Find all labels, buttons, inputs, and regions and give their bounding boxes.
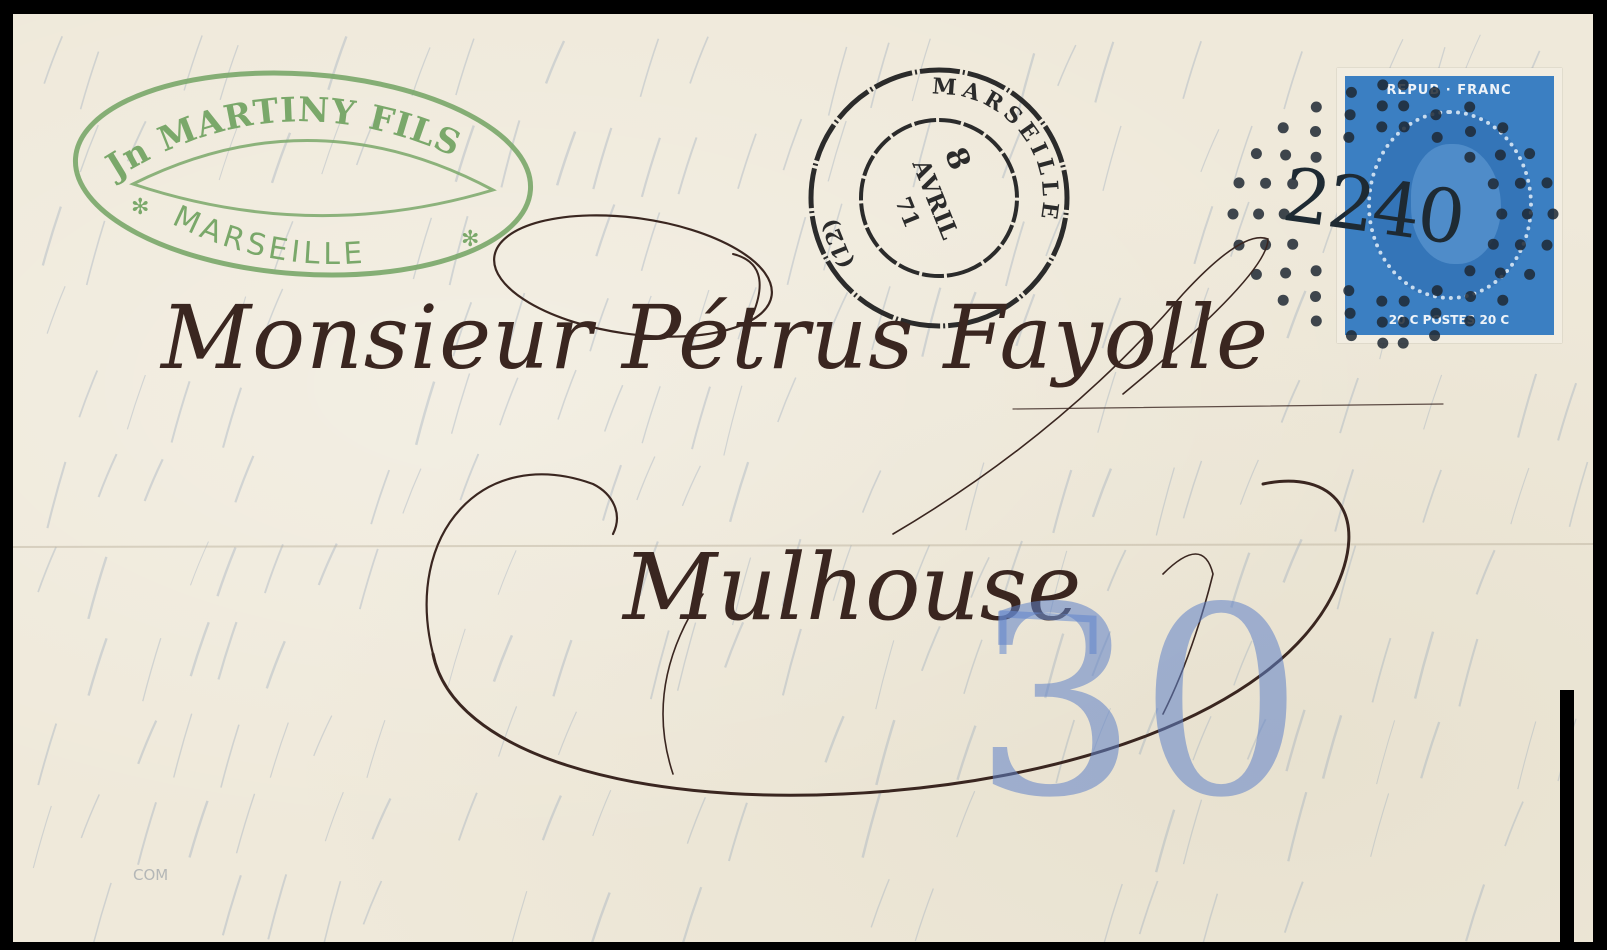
pencil-note: COM (133, 866, 168, 884)
paper-fold-edge (1560, 690, 1574, 942)
tax-mark-frame (13, 14, 1593, 942)
letter-paper: Jn MARTINY FILS MARSEILLE ✻ ✻ MARSEILLE … (13, 14, 1593, 942)
tax-mark-value: 30 (973, 574, 1304, 834)
